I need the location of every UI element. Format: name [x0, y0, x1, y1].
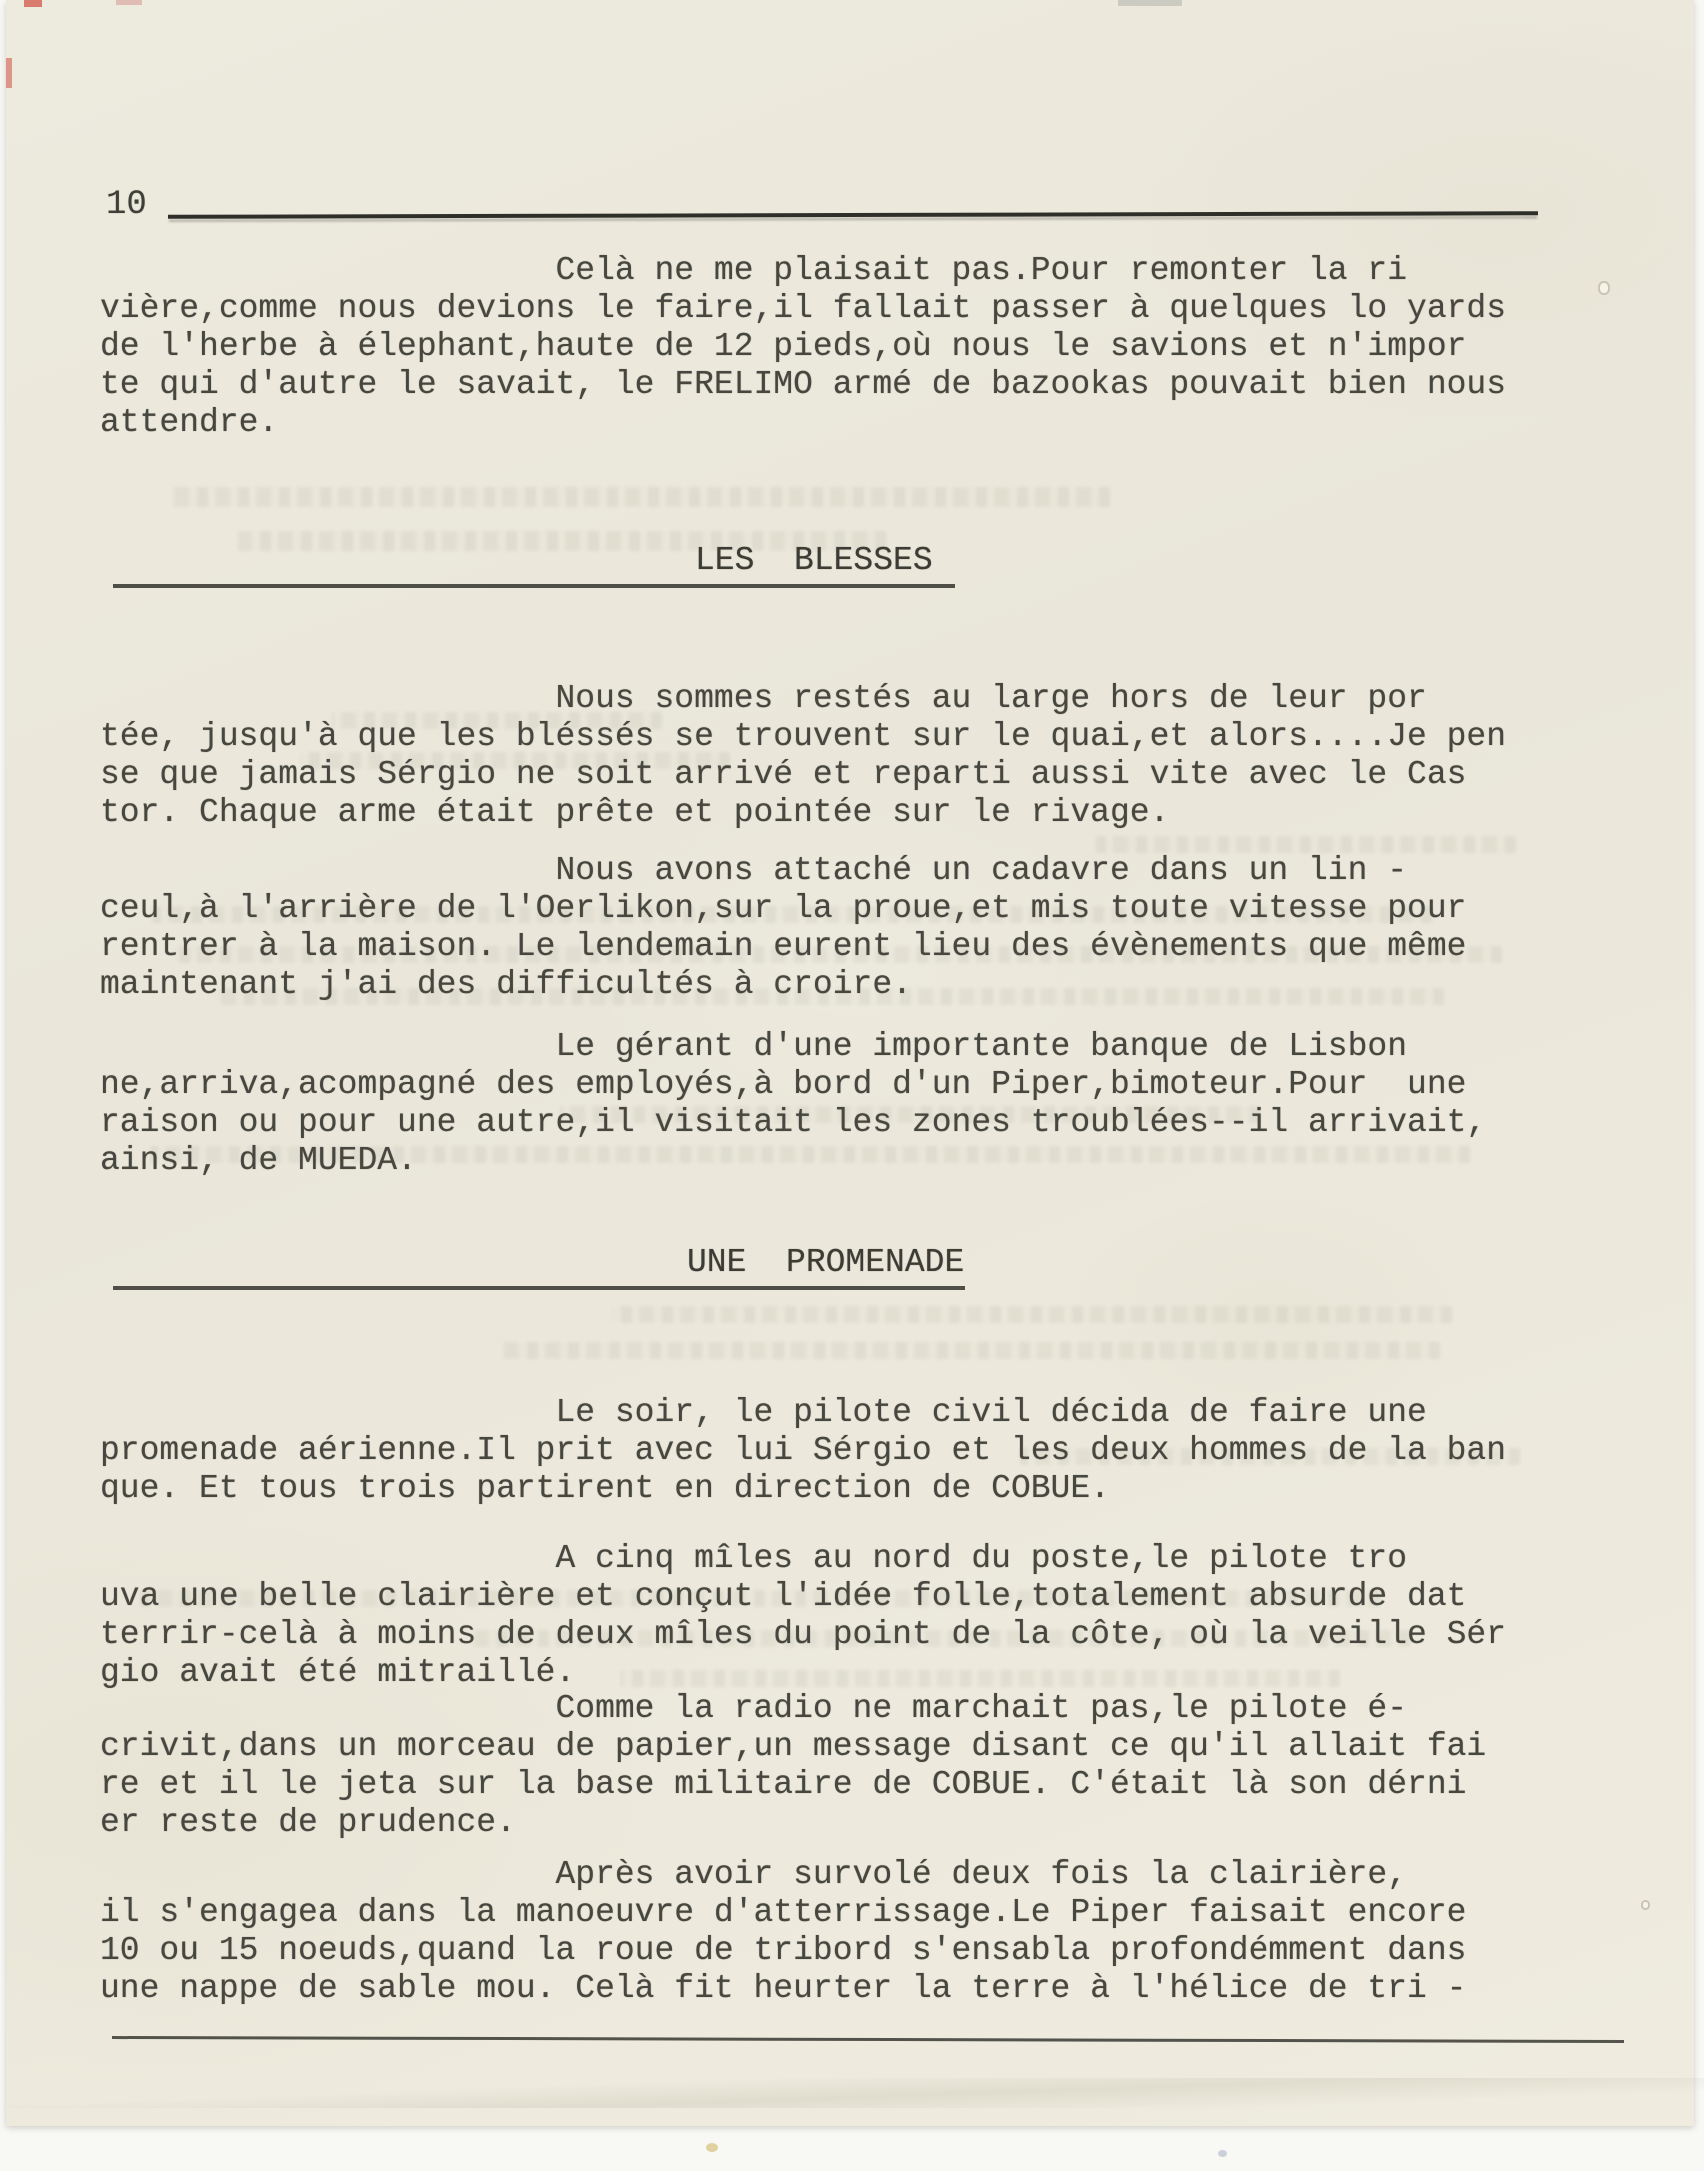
paper-speck [1218, 2150, 1227, 2157]
paragraph-cadavre: Nous avons attaché un cadavre dans un li… [100, 852, 1466, 1004]
page-number: 10 [106, 186, 147, 224]
section-une-promenade: UNE PROMENADE [113, 1234, 965, 1290]
section-heading: LES BLESSES [695, 542, 933, 579]
paragraph-riviere: Celà ne me plaisait pas.Pour remonter la… [100, 252, 1506, 442]
scan-edge-mark [6, 58, 12, 88]
paper-crease [0, 2078, 1704, 2108]
scan-edge-mark [116, 0, 142, 5]
bleedthrough-smudge [612, 1306, 1452, 1323]
section-les-blesses: LES BLESSES [113, 532, 955, 588]
paragraph-radio-message: Comme la radio ne marchait pas,le pilote… [100, 1690, 1486, 1842]
bleedthrough-smudge [500, 1342, 1440, 1359]
paper-hole [1641, 1900, 1650, 1910]
paper-hole [1598, 281, 1610, 295]
paragraph-clairiere: A cinq mîles au nord du poste,le pilote … [100, 1540, 1506, 1692]
section-heading: UNE PROMENADE [687, 1244, 964, 1281]
scan-edge-mark [1118, 0, 1182, 6]
paragraph-promenade-aerienne: Le soir, le pilote civil décida de faire… [100, 1394, 1506, 1508]
paper-speck [706, 2143, 718, 2152]
bleedthrough-smudge [1096, 836, 1516, 853]
scan-edge-mark [24, 0, 42, 7]
scanned-page: 10 Celà ne me plaisait pas.Pour remonter… [0, 0, 1704, 2171]
paragraph-atterrissage: Après avoir survolé deux fois la clairiè… [100, 1856, 1466, 2008]
bleedthrough-smudge [170, 487, 1110, 507]
paragraph-gerant-banque: Le gérant d'une importante banque de Lis… [100, 1028, 1486, 1180]
paragraph-blesses-quai: Nous sommes restés au large hors de leur… [100, 680, 1506, 832]
